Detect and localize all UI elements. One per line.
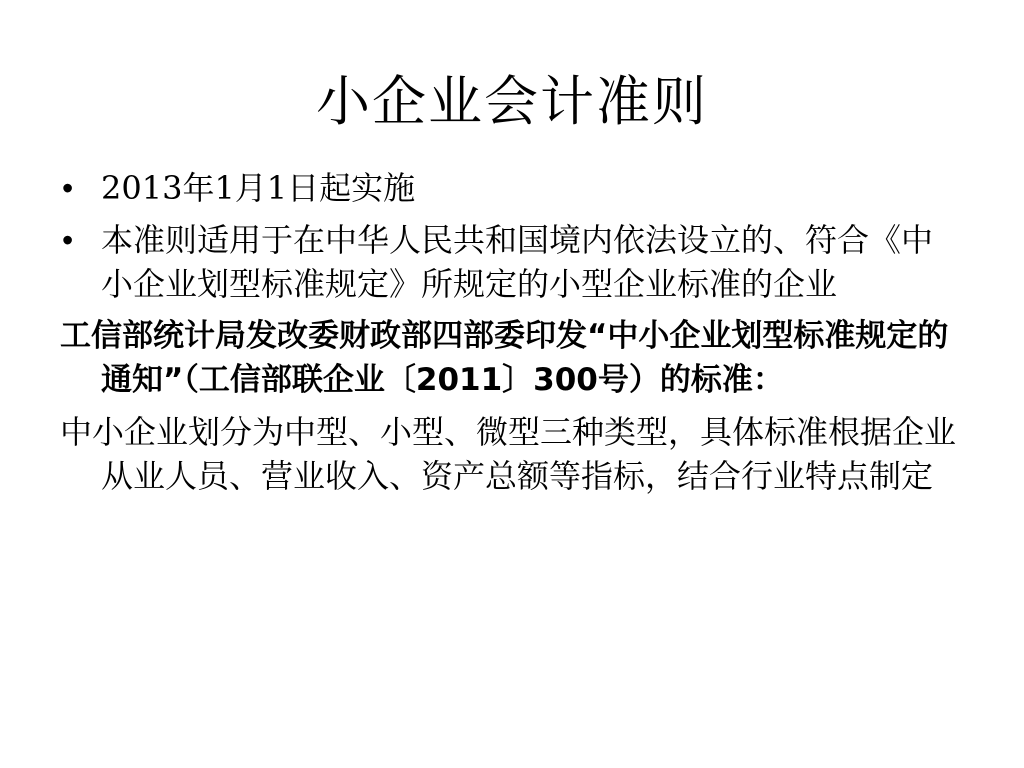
slide: 小企业会计准则 • 2013年1月1日起实施 • 本准则适用于在中华人民共和国境… xyxy=(0,0,1024,768)
bullet-item: • 本准则适用于在中华人民共和国境内依法设立的、符合《中小企业划型标准规定》所规… xyxy=(60,218,960,306)
slide-body: • 2013年1月1日起实施 • 本准则适用于在中华人民共和国境内依法设立的、符… xyxy=(60,166,960,506)
bullet-text: 本准则适用于在中华人民共和国境内依法设立的、符合《中小企业划型标准规定》所规定的… xyxy=(101,221,933,303)
paragraph-classification: 中小企业划分为中型、小型、微型三种类型，具体标准根据企业从业人员、营业收入、资产… xyxy=(60,410,960,498)
bullet-icon: • xyxy=(62,166,73,210)
paragraph-text: 工信部统计局发改委财政部四部委印发“中小企业划型标准规定的通知”（工信部联企业〔… xyxy=(60,318,948,398)
paragraph-standard-notice: 工信部统计局发改委财政部四部委印发“中小企业划型标准规定的通知”（工信部联企业〔… xyxy=(60,314,960,402)
slide-title: 小企业会计准则 xyxy=(0,62,1024,142)
bullet-icon: • xyxy=(62,218,73,262)
paragraph-text: 中小企业划分为中型、小型、微型三种类型，具体标准根据企业从业人员、营业收入、资产… xyxy=(60,413,956,495)
bullet-text: 2013年1月1日起实施 xyxy=(101,169,415,207)
bullet-item: • 2013年1月1日起实施 xyxy=(60,166,960,210)
